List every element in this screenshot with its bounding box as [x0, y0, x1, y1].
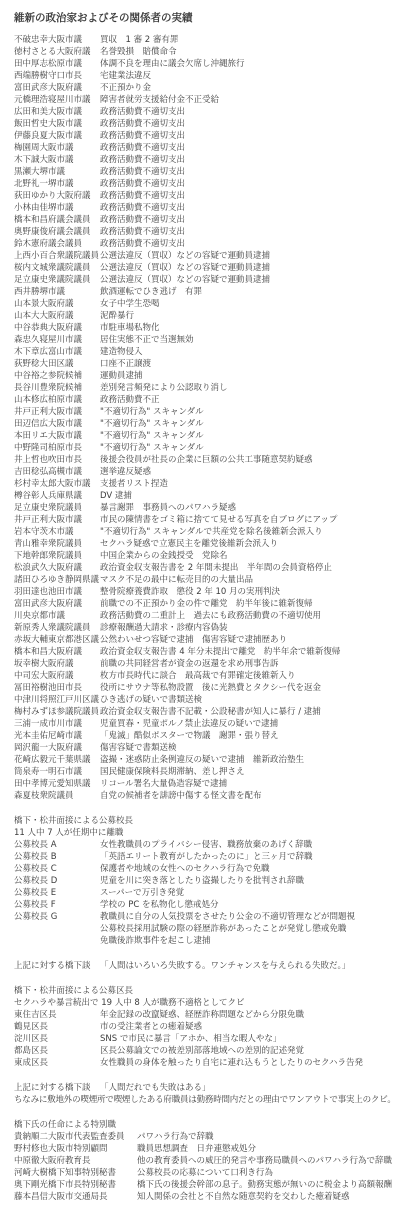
row-name: 奥下剛光橋下市長特別秘書 — [14, 1179, 137, 1191]
section-intro-line: セクハラや暴言続出で 19 人中 8 人が職務不適格としてクビ — [14, 997, 393, 1009]
row-name — [14, 935, 100, 947]
row-description: パワハラ行為で辞職 — [137, 1131, 393, 1143]
table-row: 三浦一成市川市議児童買春・児童ポルノ禁止法違反の疑いで逮捕 — [14, 718, 393, 730]
row-description: スーパーで万引き発覚 — [100, 887, 393, 899]
table-row: 岩本守茨木市議"不適切行為" スキャンダルで共産党を除名後維新会派入り — [14, 526, 393, 538]
row-name: 公募校長 C — [14, 863, 100, 875]
row-description: "不適切行為" スキャンダル — [100, 430, 393, 442]
row-name: 不破忠幸大阪市議 — [14, 34, 100, 46]
row-description: 泥酔暴行 — [100, 310, 393, 322]
row-description: 政務活動費不適切支出 — [100, 238, 393, 250]
row-description: 名誉毀損 賠償命令 — [100, 46, 393, 58]
row-description: 女子中学生恐喝 — [100, 298, 393, 310]
table-row: 井戸正利大阪市議"不適切行為" スキャンダル — [14, 406, 393, 418]
table-row: 中谷裕之参院候補運動員逮捕 — [14, 370, 393, 382]
table-row: 羽田達也池田市議整骨院療養費詐取 懲役 2 年 10 月の実刑判決 — [14, 586, 393, 598]
table-row: 公募校長 Eスーパーで万引き発覚 — [14, 887, 393, 899]
table-row: 山本修広柏原市議政務活動費不正 — [14, 394, 393, 406]
row-name: 公募校長 G — [14, 911, 100, 923]
table-row: 冨田裕樹池田市長役所にサウナ等私物設置 後に光熱費とタクシー代を返金 — [14, 682, 393, 694]
row-name: 鶴見区長 — [14, 1021, 100, 1033]
row-description: 「人間はいろいろ失敗する。ワンチャンスを与えられる失敗だ。」 — [100, 960, 393, 972]
row-description: セクハラ疑惑で立憲民主を離党後維新会派入り — [100, 538, 393, 550]
row-description: 政務活動費不適切支出 — [100, 178, 393, 190]
table-row: 黒瀬大堺市議政務活動費不適切支出 — [14, 166, 393, 178]
row-name: 徳村さとる大阪府議 — [14, 46, 100, 58]
row-name: 藤本昌信大阪市交通局長 — [14, 1191, 137, 1203]
row-description: 政務活動費不適切支出 — [100, 214, 393, 226]
row-name: 小林由佳堺市議 — [14, 202, 100, 214]
row-description: 口座不正譲渡 — [100, 358, 393, 370]
row-description: 飲酒運転でひき逃げ 有罪 — [100, 286, 393, 298]
row-name: 西端勝樹守口市長 — [14, 70, 100, 82]
row-name: 都島区長 — [14, 1045, 100, 1057]
table-row: 野村修也大阪市特別顧問職員思想調査 日弁連懲戒処分 — [14, 1143, 393, 1155]
row-name: 山本大大阪府議 — [14, 310, 100, 322]
section-kobo-kucho: 橋下・松井面接による公募区長セクハラや暴言続出で 19 人中 8 人が職務不適格… — [14, 985, 393, 1069]
row-name: 中谷裕之参院候補 — [14, 370, 100, 382]
table-row: 本田リエ大阪市議"不適切行為" スキャンダル — [14, 430, 393, 442]
row-name: 吉田稔弘高槻市議 — [14, 466, 100, 478]
section-hashimoto-quote-principals: 上記に対する橋下談「人間はいろいろ失敗する。ワンチャンスを与えられる失敗だ。」 — [14, 960, 393, 972]
row-name: 河崎大樹橋下知事特別秘書 — [14, 1167, 137, 1179]
row-description: 政務活動費不適切支出 — [100, 130, 393, 142]
table-row: 小林由佳堺市議政務活動費不適切支出 — [14, 202, 393, 214]
row-name: 岡沢龍一大阪府議 — [14, 742, 100, 754]
table-row: 吉田稔弘高槻市議選挙違反疑惑 — [14, 466, 393, 478]
row-name: 森忠久寝屋川市議 — [14, 334, 100, 346]
row-description: 免職後詐欺事件を起こし逮捕 — [100, 935, 393, 947]
row-name: 木下章広富山市議 — [14, 346, 100, 358]
table-row: 足立康史衆院議員暴言謝罪 事務員へのパワハラ疑惑 — [14, 502, 393, 514]
row-description: 建造物侵入 — [100, 346, 393, 358]
row-description: 政務活動費不正 — [100, 394, 393, 406]
table-row: 森忠久寝屋川市議居住実態不正で当選無効 — [14, 334, 393, 346]
table-row: 川央京都市議政務活動費の二重計上 過去にも政務活動費の不適切使用 — [14, 610, 393, 622]
table-row: 荻田ゆかり大阪府議政務活動費不適切支出 — [14, 190, 393, 202]
row-name: 公募校長 D — [14, 875, 100, 887]
row-description: 他の教育委員への威圧的発言や事務局職員へのパワハラ行為で辞職 — [137, 1155, 393, 1167]
row-name: 長谷川豊衆院候補 — [14, 382, 100, 394]
row-name: 山本修広柏原市議 — [14, 394, 100, 406]
row-name: 中津川将照江戸川区議 — [14, 694, 100, 706]
row-name: 橋本和昌大阪府議 — [14, 646, 100, 658]
table-row: 山本大大阪府議泥酔暴行 — [14, 310, 393, 322]
row-name: 赤坂大輔東京都港区議 — [14, 634, 100, 646]
table-row: 淀川区長SNS で市民に暴言「アホか、相当な暇人やな」 — [14, 1033, 393, 1045]
row-description: 前職の共同経営者が資金の返還を求め刑事告訴 — [100, 658, 393, 670]
table-row: 木下誠大阪市議政務活動費不適切支出 — [14, 154, 393, 166]
table-row: 諸田ひろゆき静岡県議マスク不足の最中に転売目的の大量出品 — [14, 574, 393, 586]
page-title: 維新の政治家およびその関係者の実績 — [14, 12, 393, 25]
section-heading: 橋下・松井面接による公募校長 — [14, 815, 393, 827]
row-description: 教職員に自分の人気投票をさせたり公金の不適切管理などが問題視 — [100, 911, 393, 923]
row-name: 元橋理浩寝屋川市議 — [14, 94, 100, 106]
table-row: 富田武彦大阪府議不正預かり金 — [14, 82, 393, 94]
row-description: 運動員逮捕 — [100, 370, 393, 382]
row-description: 政務活動費不適切支出 — [100, 226, 393, 238]
row-description: 前職での不正預かり金の件で離党 約半年後に維新復帰 — [100, 598, 393, 610]
row-description: 自党の候補者を誹謗中傷する怪文書を配布 — [100, 790, 393, 802]
row-name: 田中厚志松原市議 — [14, 58, 100, 70]
row-name: 中野隆司柏原市長 — [14, 442, 100, 454]
table-row: 貴納順二大阪市代表監査委員パワハラ行為で辞職 — [14, 1131, 393, 1143]
table-row: 光本圭佑尼崎市議「鬼滅」酷似ポスターで物議 謝罪・張り替え — [14, 730, 393, 742]
table-row: 都島区長区長公募論文での被差別部落地域への差別的記述発覚 — [14, 1045, 393, 1057]
row-description: 「英語エリート教育がしたかったのに」と三ヶ月で辞職 — [100, 851, 393, 863]
row-description: "不適切行為" スキャンダルで共産党を除名後維新会派入り — [100, 526, 393, 538]
row-description: 政治資金収支報告書不記載・公設秘書が知人に暴行 / 逮捕 — [100, 706, 393, 718]
row-description: 公選法違反（買収）などの容疑で運動員逮捕 — [100, 262, 393, 274]
row-description: "不適切行為" スキャンダル — [100, 418, 393, 430]
table-row: 中原徹大阪府教育長他の教育委員への威圧的発言や事務局職員へのパワハラ行為で辞職 — [14, 1155, 393, 1167]
section-kobo-kocho: 橋下・松井面接による公募校長11 人中 7 人が任期中に離職公募校長 A女性教職… — [14, 815, 393, 947]
table-row: 公募校長 D児童を川に突き落としたり盗撮したりを批判され辞職 — [14, 875, 393, 887]
row-name: 中司宏大阪府議 — [14, 670, 100, 682]
row-name: 淀川区長 — [14, 1033, 100, 1045]
table-row: 公募校長 A女性教職員のプライバシー侵害、職務放棄のあげく辞職 — [14, 839, 393, 851]
row-name: 西井勝堺市議 — [14, 286, 100, 298]
row-description: 児童買春・児童ポルノ禁止法違反の疑いで逮捕 — [100, 718, 393, 730]
table-row: 梅村みずほ参議院議員政治資金収支報告書不記載・公設秘書が知人に暴行 / 逮捕 — [14, 706, 393, 718]
row-name — [14, 923, 100, 935]
row-description: 体調不良を理由に議会欠席し沖縄旅行 — [100, 58, 393, 70]
row-description: 枚方市長時代に談合 最高裁で有罪確定後維新入り — [100, 670, 393, 682]
row-description: 傷害容疑で書類送検 — [100, 742, 393, 754]
table-row: 田中孝博元愛知県議リコール署名大量偽造容疑で逮捕 — [14, 778, 393, 790]
row-name: 伊藤良夏大阪市議 — [14, 130, 100, 142]
section-tokubetsu-shoku: 橋下氏の任命による特別職貴納順二大阪市代表監査委員パワハラ行為で辞職野村修也大阪… — [14, 1119, 393, 1203]
row-name: 井戸正利大阪市議 — [14, 406, 100, 418]
table-row: 樽谷彰人兵庫県議DV 逮捕 — [14, 490, 393, 502]
row-description: 政務活動費不適切支出 — [100, 202, 393, 214]
table-row: 西端勝樹守口市長宅建業法違反 — [14, 70, 393, 82]
row-description: ひき逃げの疑いで書類送検 — [100, 694, 393, 706]
table-row: 公募校長 F学校の PC を私物化し懲戒処分 — [14, 899, 393, 911]
row-name: 筒泉寿一明石市議 — [14, 766, 100, 778]
table-row: 元橋理浩寝屋川市議障害者就労支援給付金不正受給 — [14, 94, 393, 106]
section-politicians: 不破忠幸大阪市議買収 1 審 2 審有罪徳村さとる大阪府議名誉毀損 賠償命令田中… — [14, 34, 393, 802]
row-description: 「人間だれでも失敗はある」 — [100, 1082, 393, 1094]
table-row: 山本景大阪府議女子中学生恐喝 — [14, 298, 393, 310]
table-row: 飯田哲史大阪市議政務活動費不適切支出 — [14, 118, 393, 130]
row-description: 年金記録の改竄疑惑、経歴詐称問題などから分限免職 — [100, 1009, 393, 1021]
row-description: 公然わいせつ容疑で逮捕 傷害容疑で逮捕歴あり — [100, 634, 393, 646]
table-row: 富田武彦大阪府議前職での不正預かり金の件で離党 約半年後に維新復帰 — [14, 598, 393, 610]
table-row: 河崎大樹橋下知事特別秘書公募校長の応募について口利き行為 — [14, 1167, 393, 1179]
section-hashimoto-quote-wards: 上記に対する橋下談「人間だれでも失敗はある」ちなみに敷地外の喫煙所で喫煙したある… — [14, 1082, 393, 1106]
row-name: 公募校長 F — [14, 899, 100, 911]
table-row: 藤本昌信大阪市交通局長知人関係の会社と不自然な随意契約を交わした癒着疑惑 — [14, 1191, 393, 1203]
row-name: 杉村幸太郎大阪市議 — [14, 478, 100, 490]
row-name: 公募校長 A — [14, 839, 100, 851]
row-description: 中国企業からの金銭授受 党除名 — [100, 550, 393, 562]
table-row: 北野礼一堺市議政務活動費不適切支出 — [14, 178, 393, 190]
row-description: 公選法違反（買収）などの容疑で運動員逮捕 — [100, 274, 393, 286]
row-name: 三浦一成市川市議 — [14, 718, 100, 730]
table-row: 筒泉寿一明石市議国民健康保険料長期滞納、差し押さえ — [14, 766, 393, 778]
table-row: 松浪武久大阪府議政治資金収支報告書を 2 年間未提出 半年間の会員資格停止 — [14, 562, 393, 574]
row-name: 富田武彦大阪府議 — [14, 82, 100, 94]
row-description: 「鬼滅」酷似ポスターで物議 謝罪・張り替え — [100, 730, 393, 742]
row-name: 上西小百合衆議院議員 — [14, 250, 100, 262]
row-name: 上記に対する橋下談 — [14, 960, 100, 972]
row-description: 知人関係の会社と不自然な随意契約を交わした癒着疑惑 — [137, 1191, 393, 1203]
section-heading: 橋下・松井面接による公募区長 — [14, 985, 393, 997]
row-name: 新原秀人衆議院議員 — [14, 622, 100, 634]
row-name: 広田和美大阪市議 — [14, 106, 100, 118]
row-name: 野村修也大阪市特別顧問 — [14, 1143, 137, 1155]
sections-container: 不破忠幸大阪市議買収 1 審 2 審有罪徳村さとる大阪府議名誉毀損 賠償命令田中… — [14, 34, 393, 1203]
section-note: ちなみに敷地外の喫煙所で喫煙したある府職員は勤務時間内だとの理由でワンアウトで事… — [14, 1094, 393, 1106]
row-description: 女性職員の身体を触ったり自宅に連れ込もうとしたりのセクハラ告発 — [100, 1057, 393, 1069]
row-description: 児童を川に突き落としたり盗撮したりを批判され辞職 — [100, 875, 393, 887]
row-description: 公選法違反（買収）などの容疑で運動員逮捕 — [100, 250, 393, 262]
row-name: 梅園周大阪市議 — [14, 142, 100, 154]
row-description: 政務活動費不適切支出 — [100, 190, 393, 202]
row-description: 市民の陳情書をゴミ箱に捨てて見せる写真を自ブログにアップ — [100, 514, 393, 526]
table-row: 杉村幸太郎大阪市議支援者リスト捏造 — [14, 478, 393, 490]
table-row: 公募校長採用試験の際の経歴詐称があったことが発覚し懲戒免職 — [14, 923, 393, 935]
row-description: 女性教職員のプライバシー侵害、職務放棄のあげく辞職 — [100, 839, 393, 851]
row-description: 政治資金収支報告書を 2 年間未提出 半年間の会員資格停止 — [100, 562, 393, 574]
table-row: 東住吉区長年金記録の改竄疑惑、経歴詐称問題などから分限免職 — [14, 1009, 393, 1021]
table-row: 上西小百合衆議院議員公選法違反（買収）などの容疑で運動員逮捕 — [14, 250, 393, 262]
row-name: 上記に対する橋下談 — [14, 1082, 100, 1094]
table-row: 荻野稔大田区議口座不正譲渡 — [14, 358, 393, 370]
table-row: 上記に対する橋下談「人間だれでも失敗はある」 — [14, 1082, 393, 1094]
table-row: 井上哲也吹田市長後援会役員が社長の企業に巨額の公共工事随意契約疑惑 — [14, 454, 393, 466]
table-row: 中谷恭典大阪府議市駐車場私物化 — [14, 322, 393, 334]
row-name: 荻野稔大田区議 — [14, 358, 100, 370]
table-row: 西井勝堺市議飲酒運転でひき逃げ 有罪 — [14, 286, 393, 298]
table-row: 東成区長女性職員の身体を触ったり自宅に連れ込もうとしたりのセクハラ告発 — [14, 1057, 393, 1069]
table-row: 橋本和昌大阪府議政治資金収支報告書 4 年分未提出で離党 約半年余で維新復帰 — [14, 646, 393, 658]
row-description: 政務活動費不適切支出 — [100, 106, 393, 118]
row-description: 整骨院療養費詐取 懲役 2 年 10 月の実刑判決 — [100, 586, 393, 598]
row-name: 貴納順二大阪市代表監査委員 — [14, 1131, 137, 1143]
table-row: 徳村さとる大阪府議名誉毀損 賠償命令 — [14, 46, 393, 58]
row-name: 冨田裕樹池田市長 — [14, 682, 100, 694]
row-description: "不適切行為" スキャンダル — [100, 406, 393, 418]
row-name: 青山雅幸衆院議員 — [14, 538, 100, 550]
row-name: 飯田哲史大阪市議 — [14, 118, 100, 130]
row-description: 区長公募論文での被差別部落地域への差別的記述発覚 — [100, 1045, 393, 1057]
row-name: 公募校長 B — [14, 851, 100, 863]
row-description: 不正預かり金 — [100, 82, 393, 94]
row-name: 東住吉区長 — [14, 1009, 100, 1021]
row-name: 足立康史衆議院議員 — [14, 274, 100, 286]
table-row: 公募校長 G教職員に自分の人気投票をさせたり公金の不適切管理などが問題視 — [14, 911, 393, 923]
table-row: 中津川将照江戸川区議ひき逃げの疑いで書類送検 — [14, 694, 393, 706]
row-description: 支援者リスト捏造 — [100, 478, 393, 490]
row-name: 橋本和昌府議会議員 — [14, 214, 100, 226]
row-description: 診療報酬過大請求・診療内容偽装 — [100, 622, 393, 634]
row-description: 差別発言頻発により公認取り消し — [100, 382, 393, 394]
table-row: 広田和美大阪市議政務活動費不適切支出 — [14, 106, 393, 118]
row-description: "不適切行為" スキャンダル — [100, 442, 393, 454]
row-name: 川央京都市議 — [14, 610, 100, 622]
row-description: 居住実態不正で当選無効 — [100, 334, 393, 346]
row-name: 田中孝博元愛知県議 — [14, 778, 100, 790]
row-description: 政務活動費不適切支出 — [100, 166, 393, 178]
table-row: 奥下剛光橋下市長特別秘書橋下氏の後援会幹部の息子。勤務実態が無いのに税金より高額… — [14, 1179, 393, 1191]
row-name: 黒瀬大堺市議 — [14, 166, 100, 178]
row-description: 公募校長採用試験の際の経歴詐称があったことが発覚し懲戒免職 — [100, 923, 393, 935]
row-name: 樽谷彰人兵庫県議 — [14, 490, 100, 502]
table-row: 鈴木憲府議会議員政務活動費不適切支出 — [14, 238, 393, 250]
row-name: 井上哲也吹田市長 — [14, 454, 100, 466]
table-row: 井戸正利大阪市議市民の陳情書をゴミ箱に捨てて見せる写真を自ブログにアップ — [14, 514, 393, 526]
table-row: 上記に対する橋下談「人間はいろいろ失敗する。ワンチャンスを与えられる失敗だ。」 — [14, 960, 393, 972]
row-name: 中原徹大阪府教育長 — [14, 1155, 137, 1167]
row-name: 光本圭佑尼崎市議 — [14, 730, 100, 742]
table-row: 中司宏大阪府議枚方市長時代に談合 最高裁で有罪確定後維新入り — [14, 670, 393, 682]
row-description: 政務活動費不適切支出 — [100, 118, 393, 130]
row-name: 鈴木憲府議会議員 — [14, 238, 100, 250]
row-name: 桜内文城衆議院議員 — [14, 262, 100, 274]
table-row: 長谷川豊衆院候補差別発言頻発により公認取り消し — [14, 382, 393, 394]
table-row: 中野隆司柏原市長"不適切行為" スキャンダル — [14, 442, 393, 454]
row-name: 田辺信広大阪市議 — [14, 418, 100, 430]
table-row: 桜内文城衆議院議員公選法違反（買収）などの容疑で運動員逮捕 — [14, 262, 393, 274]
table-row: 木下章広富山市議建造物侵入 — [14, 346, 393, 358]
row-description: 障害者就労支援給付金不正受給 — [100, 94, 393, 106]
row-description: 暴言謝罪 事務員へのパワハラ疑惑 — [100, 502, 393, 514]
row-description: 市の受注業者との癒着疑惑 — [100, 1021, 393, 1033]
row-name: 坂幸樹大阪府議 — [14, 658, 100, 670]
row-name: 諸田ひろゆき静岡県議 — [14, 574, 100, 586]
table-row: 田辺信広大阪市議"不適切行為" スキャンダル — [14, 418, 393, 430]
table-row: 伊藤良夏大阪市議政務活動費不適切支出 — [14, 130, 393, 142]
row-name: 東成区長 — [14, 1057, 100, 1069]
table-row: 奥野康俊府議会議員政務活動費不適切支出 — [14, 226, 393, 238]
row-description: 公募校長の応募について口利き行為 — [137, 1167, 393, 1179]
row-name: 木下誠大阪市議 — [14, 154, 100, 166]
row-name: 足立康史衆院議員 — [14, 502, 100, 514]
row-description: 市駐車場私物化 — [100, 322, 393, 334]
row-description: DV 逮捕 — [100, 490, 393, 502]
table-row: 新原秀人衆議院議員診療報酬過大請求・診療内容偽装 — [14, 622, 393, 634]
row-description: マスク不足の最中に転売目的の大量出品 — [100, 574, 393, 586]
table-row: 田中厚志松原市議体調不良を理由に議会欠席し沖縄旅行 — [14, 58, 393, 70]
row-description: リコール署名大量偽造容疑で逮捕 — [100, 778, 393, 790]
row-description: 国民健康保険料長期滞納、差し押さえ — [100, 766, 393, 778]
row-name: 北野礼一堺市議 — [14, 178, 100, 190]
row-name: 岩本守茨木市議 — [14, 526, 100, 538]
row-name: 中谷恭典大阪府議 — [14, 322, 100, 334]
row-description: 政務活動費不適切支出 — [100, 154, 393, 166]
row-name: 花崎広毅元千葉県議 — [14, 754, 100, 766]
row-name: 梅村みずほ参議院議員 — [14, 706, 100, 718]
row-description: 職員思想調査 日弁連懲戒処分 — [137, 1143, 393, 1155]
table-row: 不破忠幸大阪市議買収 1 審 2 審有罪 — [14, 34, 393, 46]
table-row: 鶴見区長市の受注業者との癒着疑惑 — [14, 1021, 393, 1033]
row-description: 保護者や地域の女性へのセクハラ行為で免職 — [100, 863, 393, 875]
table-row: 青山雅幸衆院議員セクハラ疑惑で立憲民主を離党後維新会派入り — [14, 538, 393, 550]
section-heading: 橋下氏の任命による特別職 — [14, 1119, 393, 1131]
row-description: 橋下氏の後援会幹部の息子。勤務実態が無いのに税金より高額報酬 — [137, 1179, 393, 1191]
table-row: 坂幸樹大阪府議前職の共同経営者が資金の返還を求め刑事告訴 — [14, 658, 393, 670]
row-name: 森夏枝衆院議員 — [14, 790, 100, 802]
row-name: 松浪武久大阪府議 — [14, 562, 100, 574]
row-name: 羽田達也池田市議 — [14, 586, 100, 598]
row-description: 政務活動費の二重計上 過去にも政務活動費の不適切使用 — [100, 610, 393, 622]
row-description: 盗撮・迷惑防止条例違反の疑いで逮捕 維新政治塾生 — [100, 754, 393, 766]
row-name: 井戸正利大阪市議 — [14, 514, 100, 526]
table-row: 森夏枝衆院議員自党の候補者を誹謗中傷する怪文書を配布 — [14, 790, 393, 802]
table-row: 下地幹郎衆院議員中国企業からの金銭授受 党除名 — [14, 550, 393, 562]
row-name: 下地幹郎衆院議員 — [14, 550, 100, 562]
table-row: 梅園周大阪市議政務活動費不適切支出 — [14, 142, 393, 154]
table-row: 赤坂大輔東京都港区議公然わいせつ容疑で逮捕 傷害容疑で逮捕歴あり — [14, 634, 393, 646]
row-description: SNS で市民に暴言「アホか、相当な暇人やな」 — [100, 1033, 393, 1045]
row-description: 選挙違反疑惑 — [100, 466, 393, 478]
row-name: 荻田ゆかり大阪府議 — [14, 190, 100, 202]
row-description: 政治資金収支報告書 4 年分未提出で離党 約半年余で維新復帰 — [100, 646, 393, 658]
row-description: 買収 1 審 2 審有罪 — [100, 34, 393, 46]
row-name: 公募校長 E — [14, 887, 100, 899]
table-row: 橋本和昌府議会議員政務活動費不適切支出 — [14, 214, 393, 226]
row-name: 富田武彦大阪府議 — [14, 598, 100, 610]
row-name: 山本景大阪府議 — [14, 298, 100, 310]
row-name: 本田リエ大阪市議 — [14, 430, 100, 442]
table-row: 岡沢龍一大阪府議傷害容疑で書類送検 — [14, 742, 393, 754]
table-row: 公募校長 C保護者や地域の女性へのセクハラ行為で免職 — [14, 863, 393, 875]
row-description: 宅建業法違反 — [100, 70, 393, 82]
section-intro-line: 11 人中 7 人が任期中に離職 — [14, 827, 393, 839]
row-description: 役所にサウナ等私物設置 後に光熱費とタクシー代を返金 — [100, 682, 393, 694]
row-name: 奥野康俊府議会議員 — [14, 226, 100, 238]
row-description: 学校の PC を私物化し懲戒処分 — [100, 899, 393, 911]
table-row: 足立康史衆議院議員公選法違反（買収）などの容疑で運動員逮捕 — [14, 274, 393, 286]
row-description: 後援会役員が社長の企業に巨額の公共工事随意契約疑惑 — [100, 454, 393, 466]
document: 維新の政治家およびその関係者の実績 不破忠幸大阪市議買収 1 審 2 審有罪徳村… — [0, 0, 397, 1211]
table-row: 花崎広毅元千葉県議盗撮・迷惑防止条例違反の疑いで逮捕 維新政治塾生 — [14, 754, 393, 766]
row-description: 政務活動費不適切支出 — [100, 142, 393, 154]
table-row: 公募校長 B「英語エリート教育がしたかったのに」と三ヶ月で辞職 — [14, 851, 393, 863]
table-row: 免職後詐欺事件を起こし逮捕 — [14, 935, 393, 947]
